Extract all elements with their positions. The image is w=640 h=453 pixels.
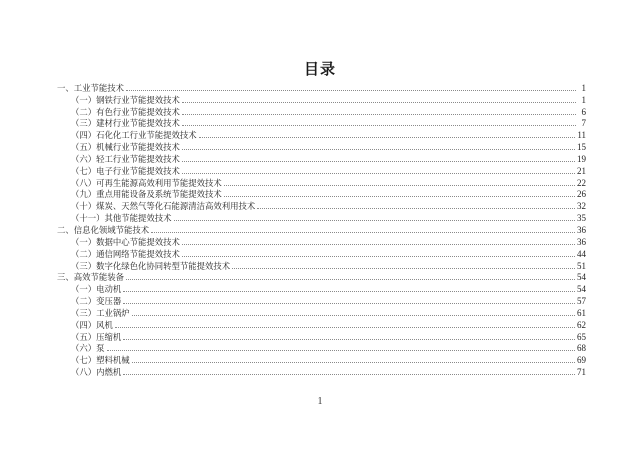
dot-leader	[182, 101, 576, 103]
toc-entry-label: （七）电子行业节能提效技术	[71, 166, 180, 176]
page-title: 目录	[0, 58, 640, 79]
dot-leader	[182, 113, 576, 115]
toc-entry[interactable]: （八）可再生能源高效利用节能提效技术22	[57, 176, 586, 188]
toc-entry-page: 26	[577, 189, 586, 199]
toc-entry-page: 35	[577, 213, 586, 223]
toc-entry[interactable]: （七）塑料机械69	[57, 353, 586, 365]
toc-entry-page: 22	[577, 178, 586, 188]
toc-entry-label: （三）工业锅炉	[71, 308, 130, 318]
toc-entry[interactable]: 一、工业节能技术1	[57, 81, 586, 93]
table-of-contents: 一、工业节能技术1 （一）钢铁行业节能提效技术1 （二）有色行业节能提效技术6 …	[57, 81, 586, 377]
dot-leader	[151, 231, 575, 233]
toc-entry[interactable]: 三、高效节能装备54	[57, 271, 586, 283]
toc-entry[interactable]: （三）工业锅炉61	[57, 306, 586, 318]
page-number: 1	[0, 396, 640, 407]
toc-entry-page: 7	[578, 118, 586, 128]
dot-leader	[126, 89, 576, 91]
toc-entry-page: 57	[577, 296, 586, 306]
toc-entry-label: （五）机械行业节能提效技术	[71, 142, 180, 152]
dot-leader	[107, 349, 576, 351]
toc-entry-label: （五）压缩机	[71, 332, 121, 342]
toc-entry[interactable]: （五）压缩机65	[57, 330, 586, 342]
dot-leader	[132, 361, 575, 363]
dot-leader	[182, 148, 575, 150]
toc-entry-page: 68	[577, 343, 586, 353]
toc-entry[interactable]: （二）有色行业节能提效技术6	[57, 105, 586, 117]
toc-entry-page: 11	[577, 130, 586, 140]
dot-leader	[182, 172, 575, 174]
toc-entry[interactable]: （七）电子行业节能提效技术21	[57, 164, 586, 176]
dot-leader	[115, 326, 575, 328]
toc-entry[interactable]: 二、信息化领域节能技术36	[57, 223, 586, 235]
toc-entry-page: 32	[577, 201, 586, 211]
toc-entry-label: （六）轻工行业节能提效技术	[71, 154, 180, 164]
toc-entry-label: （三）数字化绿色化协同转型节能提效技术	[71, 261, 230, 271]
toc-entry-page: 51	[577, 261, 586, 271]
toc-entry[interactable]: （五）机械行业节能提效技术15	[57, 140, 586, 152]
toc-entry[interactable]: （九）重点用能设备及系统节能提效技术26	[57, 188, 586, 200]
toc-entry[interactable]: （八）内燃机71	[57, 365, 586, 377]
toc-entry-page: 36	[577, 237, 586, 247]
dot-leader	[224, 184, 575, 186]
toc-entry-label: （八）内燃机	[71, 367, 121, 377]
toc-entry-label: 一、工业节能技术	[57, 83, 124, 93]
toc-entry-label: （二）通信网络节能提效技术	[71, 249, 180, 259]
toc-entry-page: 71	[577, 367, 586, 377]
toc-entry-page: 54	[577, 272, 586, 282]
toc-entry[interactable]: （四）风机62	[57, 318, 586, 330]
toc-entry-label: 三、高效节能装备	[57, 272, 124, 282]
toc-entry-label: （四）石化化工行业节能提效技术	[71, 130, 197, 140]
toc-entry[interactable]: （一）钢铁行业节能提效技术1	[57, 93, 586, 105]
toc-entry[interactable]: （六）轻工行业节能提效技术19	[57, 152, 586, 164]
toc-entry[interactable]: （六）泵68	[57, 342, 586, 354]
toc-entry-page: 61	[577, 308, 586, 318]
dot-leader	[123, 302, 575, 304]
toc-entry-page: 1	[578, 83, 586, 93]
dot-leader	[123, 373, 575, 375]
toc-entry-label: （四）风机	[71, 320, 113, 330]
dot-leader	[182, 160, 575, 162]
toc-entry-label: 二、信息化领域节能技术	[57, 225, 149, 235]
toc-entry-label: （一）电动机	[71, 284, 121, 294]
toc-entry[interactable]: （二）变压器57	[57, 294, 586, 306]
dot-leader	[199, 136, 576, 138]
toc-entry[interactable]: （三）数字化绿色化协同转型节能提效技术51	[57, 259, 586, 271]
toc-entry[interactable]: （四）石化化工行业节能提效技术11	[57, 128, 586, 140]
toc-entry-label: （一）数据中心节能提效技术	[71, 237, 180, 247]
toc-entry[interactable]: （十一）其他节能提效技术35	[57, 211, 586, 223]
dot-leader	[132, 314, 575, 316]
dot-leader	[126, 278, 575, 280]
toc-entry-page: 54	[577, 284, 586, 294]
toc-entry[interactable]: （十）煤炭、天然气等化石能源清洁高效利用技术32	[57, 199, 586, 211]
toc-entry-page: 36	[577, 225, 586, 235]
dot-leader	[182, 243, 575, 245]
dot-leader	[232, 267, 575, 269]
dot-leader	[257, 207, 575, 209]
dot-leader	[182, 255, 575, 257]
toc-entry[interactable]: （三）建材行业节能提效技术7	[57, 117, 586, 129]
dot-leader	[123, 338, 575, 340]
toc-entry-page: 44	[577, 249, 586, 259]
toc-entry-label: （七）塑料机械	[71, 355, 130, 365]
toc-entry-label: （一）钢铁行业节能提效技术	[71, 95, 180, 105]
toc-entry-page: 15	[577, 142, 586, 152]
dot-leader	[123, 290, 575, 292]
toc-entry-label: （二）变压器	[71, 296, 121, 306]
toc-entry-label: （九）重点用能设备及系统节能提效技术	[71, 189, 222, 199]
dot-leader	[174, 219, 576, 221]
toc-entry-label: （十）煤炭、天然气等化石能源清洁高效利用技术	[71, 201, 255, 211]
toc-entry-page: 1	[578, 95, 586, 105]
toc-entry[interactable]: （二）通信网络节能提效技术44	[57, 247, 586, 259]
toc-entry-page: 69	[577, 355, 586, 365]
toc-entry-page: 65	[577, 332, 586, 342]
dot-leader	[182, 124, 576, 126]
toc-entry[interactable]: （一）电动机54	[57, 282, 586, 294]
toc-entry-page: 19	[577, 154, 586, 164]
toc-entry-page: 21	[577, 166, 586, 176]
toc-entry-page: 62	[577, 320, 586, 330]
toc-entry-label: （六）泵	[71, 343, 105, 353]
toc-entry-page: 6	[578, 107, 586, 117]
toc-entry-label: （十一）其他节能提效技术	[71, 213, 172, 223]
toc-entry-label: （二）有色行业节能提效技术	[71, 107, 180, 117]
toc-entry-label: （八）可再生能源高效利用节能提效技术	[71, 178, 222, 188]
toc-entry[interactable]: （一）数据中心节能提效技术36	[57, 235, 586, 247]
toc-entry-label: （三）建材行业节能提效技术	[71, 118, 180, 128]
dot-leader	[224, 195, 575, 197]
